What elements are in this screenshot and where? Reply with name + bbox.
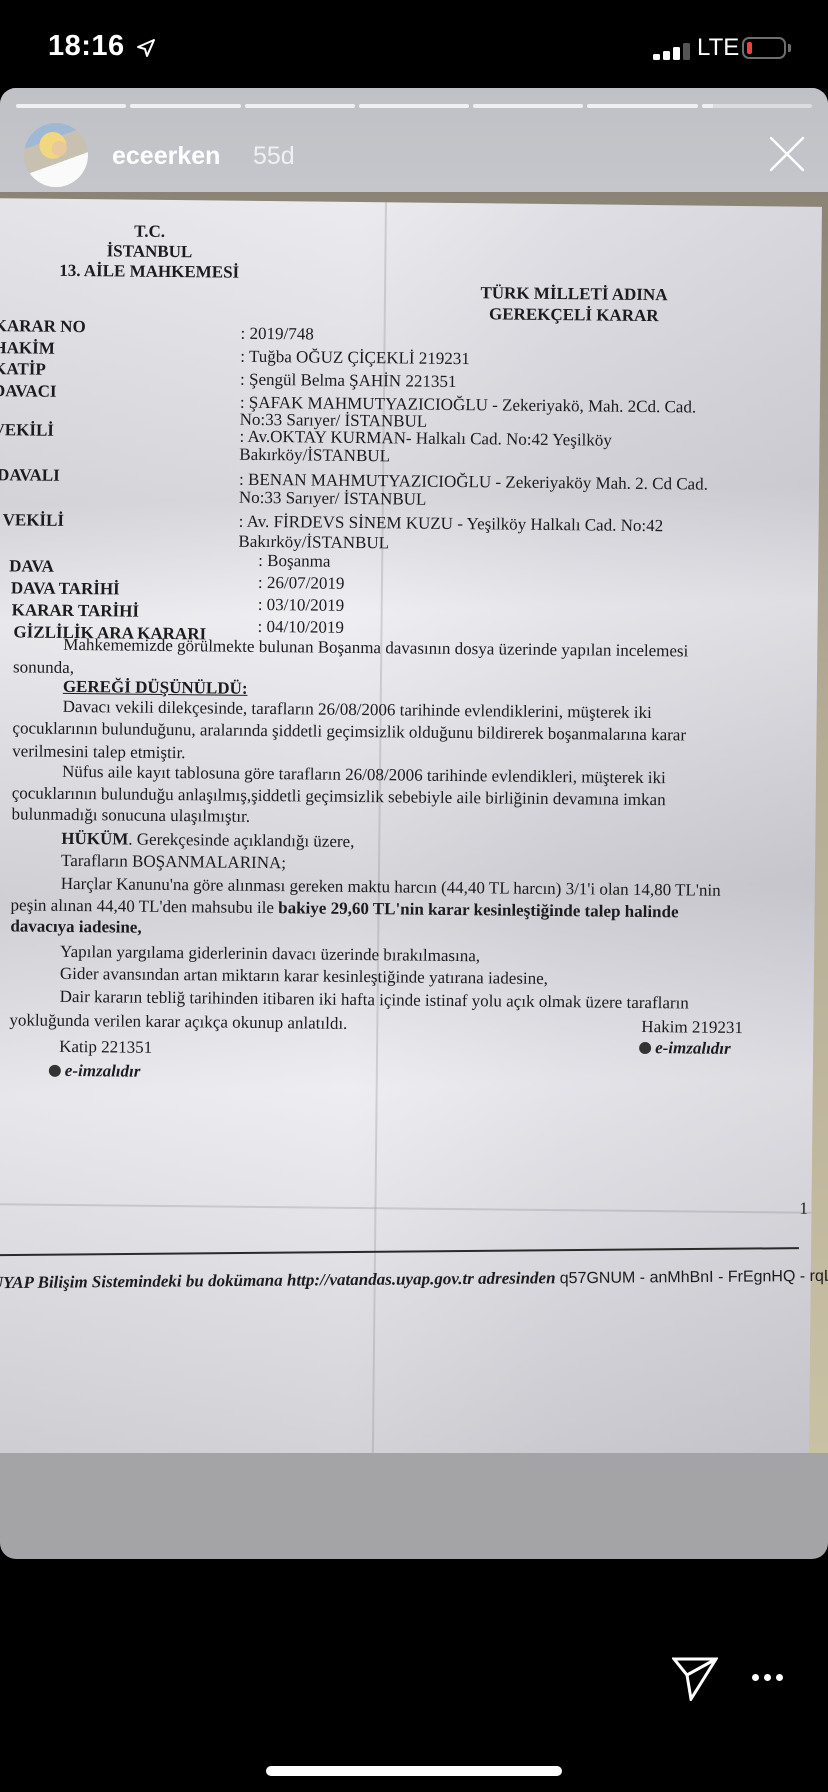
field-label: VEKİLİ <box>0 420 54 441</box>
progress-segment <box>359 104 469 108</box>
footer-divider <box>0 1247 799 1256</box>
progress-segment <box>130 104 240 108</box>
story-age: 55d <box>253 142 295 171</box>
paragraph-line: çocuklarının bulunduğunu, aralarında şid… <box>12 718 686 745</box>
signal-strength-icon <box>653 42 691 60</box>
field-label: KATİP <box>0 359 46 380</box>
field-value-cont: Bakırköy/İSTANBUL <box>239 445 390 467</box>
fees-text: peşin alınan 44,40 TL'den mahsubu ile <box>11 895 279 917</box>
progress-segment <box>702 104 812 108</box>
fees-bold-text: bakiye 29,60 TL'nin karar kesinleştiğind… <box>278 898 679 921</box>
status-time: 18:16 <box>48 30 125 63</box>
field-value: : 26/07/2019 <box>258 573 345 594</box>
judge-esign: e-imzalıdır <box>639 1038 731 1059</box>
field-value: : 03/10/2019 <box>258 595 345 616</box>
story-progress <box>16 104 812 108</box>
court-document: T.C. İSTANBUL 13. AİLE MAHKEMESİ TÜRK Mİ… <box>0 198 822 1453</box>
field-label: HAKİM <box>0 338 55 359</box>
verification-code: q57GNUM - anMhBnI - FrEgnHQ - rqL++c= <box>560 1268 828 1288</box>
judge-signature: Hakim 219231 <box>641 1017 743 1038</box>
close-icon[interactable] <box>768 135 806 173</box>
field-value: : 04/10/2019 <box>257 617 344 638</box>
esign-seal-icon <box>639 1042 651 1054</box>
progress-segment <box>473 104 583 108</box>
battery-icon <box>742 37 786 59</box>
home-indicator[interactable] <box>266 1766 562 1776</box>
field-value: : Tuğba OĞUZ ÇİÇEKLİ 219231 <box>240 347 470 369</box>
doc-title-line2: GEREKÇELİ KARAR <box>459 304 689 326</box>
esign-seal-icon <box>49 1065 61 1077</box>
closing-line: Dair kararın tebliğ tarihinden itibaren … <box>60 987 689 1014</box>
field-label: DAVALI <box>0 465 60 486</box>
avatar[interactable] <box>24 123 88 187</box>
progress-segment <box>16 104 126 108</box>
footer-text: UYAP Bilişim Sistemindeki bu dokümana ht… <box>0 1265 828 1293</box>
send-icon[interactable] <box>672 1657 718 1701</box>
advance-line: Gider avansından artan miktarın karar ke… <box>60 964 548 989</box>
doc-header-court: 13. AİLE MAHKEMESİ <box>49 261 249 283</box>
paragraph-line: verilmesini talep etmiştir. <box>12 741 185 763</box>
field-label: DAVACI <box>0 381 57 402</box>
field-label: DAVA <box>9 556 54 576</box>
verdict-text: . Gerekçesinde açıklandığı üzere, <box>128 830 354 851</box>
location-arrow-icon <box>136 38 156 58</box>
field-value: : 2019/748 <box>240 324 313 345</box>
fees-line: davacıya iadesine, <box>10 916 141 937</box>
field-label: KARAR TARİHİ <box>12 600 140 621</box>
closing-line: yokluğunda verilen karar açıkça okunup a… <box>9 1010 347 1034</box>
intro-line: Mahkememizde görülmekte bulunan Boşanma … <box>63 635 688 662</box>
more-options-icon[interactable] <box>752 1674 788 1686</box>
field-value: : Boşanma <box>258 551 330 572</box>
verdict-line: HÜKÜM. Gerekçesinde açıklandığı üzere, <box>61 829 354 852</box>
progress-segment <box>587 104 697 108</box>
verdict-line: Tarafların BOŞANMALARINA; <box>61 851 286 873</box>
section-heading: GEREĞİ DÜŞÜNÜLDÜ: <box>63 677 248 699</box>
field-label: VEKİLİ <box>3 510 65 531</box>
clerk-esign: e-imzalıdır <box>49 1061 141 1082</box>
field-label: KARAR NO <box>0 316 86 337</box>
battery-cap <box>788 44 791 52</box>
field-value-cont: No:33 Sarıyer/ İSTANBUL <box>239 488 427 510</box>
username[interactable]: eceerken <box>112 142 220 171</box>
costs-line: Yapılan yargılama giderlerinin davacı üz… <box>60 942 480 966</box>
network-type: LTE <box>697 34 739 62</box>
doc-header-tc: T.C. <box>50 221 250 243</box>
field-label: DAVA TARİHİ <box>11 578 120 599</box>
intro-line: sonunda, <box>13 657 74 678</box>
field-value: : Şengül Belma ŞAHİN 221351 <box>240 370 456 392</box>
page-number: 1 <box>799 1199 808 1219</box>
story-image[interactable]: T.C. İSTANBUL 13. AİLE MAHKEMESİ TÜRK Mİ… <box>0 192 828 1453</box>
clerk-signature: Katip 221351 <box>59 1037 152 1058</box>
story-card[interactable]: T.C. İSTANBUL 13. AİLE MAHKEMESİ TÜRK Mİ… <box>0 88 828 1559</box>
verdict-heading: HÜKÜM <box>61 829 128 849</box>
paragraph-line: bulunmadığı sonucuna ulaşılmıştır. <box>11 804 250 826</box>
doc-title-line1: TÜRK MİLLETİ ADINA <box>459 283 689 305</box>
progress-segment <box>245 104 355 108</box>
doc-header-city: İSTANBUL <box>49 241 249 263</box>
